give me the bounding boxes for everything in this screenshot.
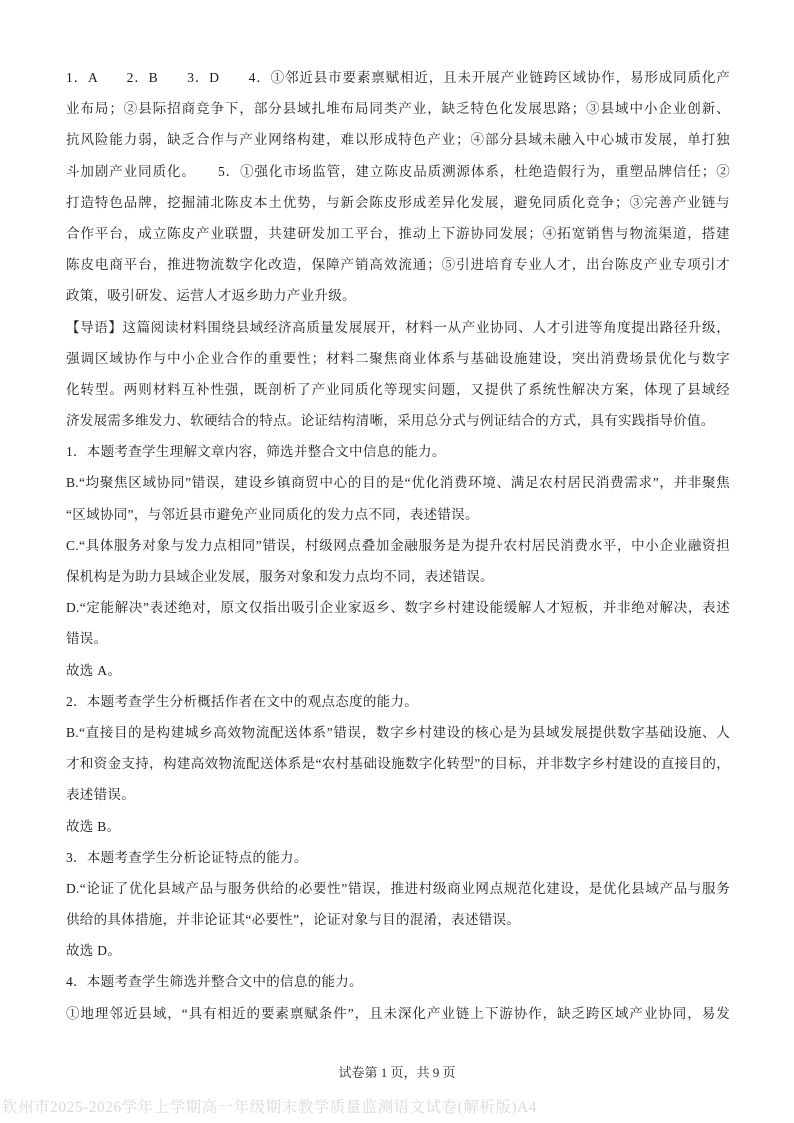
text-line: D.“论证了优化县域产品与服务供给的必要性”错误，推进村级商业网点规范化建设，是… [66, 873, 730, 904]
text-line: B.“直接目的是构建城乡高效物流配送体系”错误，数字乡村建设的核心是为县域发展提… [66, 717, 730, 748]
text-line: 表述错误。 [66, 779, 730, 810]
text-line: 合作平台，成立陈皮产业联盟，共建研发加工平台，推动上下游协同发展；④拓宽销售与物… [66, 218, 730, 249]
text-line: “区域协同”，与邻近县市避免产业同质化的发力点不同，表述错误。 [66, 499, 730, 530]
watermark-text: 钦州市2025-2026学年上学期高一年级期末教学质量监测语文试卷(解析版)A4 [2, 1095, 537, 1117]
text-line: 才和资金支持，构建高效物流配送体系是“农村基础设施数字化转型”的目标，并非数字乡… [66, 748, 730, 779]
text-line: ①地理邻近县域，“具有相近的要素禀赋条件”，且未深化产业链上下游协作，缺乏跨区域… [66, 998, 730, 1029]
text-line: 陈皮电商平台，推进物流数字化改造，保障产销高效流通；⑤引进培育专业人才，出台陈皮… [66, 249, 730, 280]
page: 1．A 2．B 3．D 4．①邻近县市要素禀赋相近，且未开展产业链跨区域协作，易… [0, 0, 794, 1123]
text-line: 故选 A。 [66, 655, 730, 686]
answer-explanation-text: 1．A 2．B 3．D 4．①邻近县市要素禀赋相近，且未开展产业链跨区域协作，易… [66, 62, 730, 1029]
text-line: 4．本题考查学生筛选并整合文中的信息的能力。 [66, 966, 730, 997]
text-line: 强调区域协作与中小企业合作的重要性；材料二聚焦商业体系与基础设施建设，突出消费场… [66, 343, 730, 374]
text-line: C.“具体服务对象与发力点相同”错误，村级网点叠加金融服务是为提升农村居民消费水… [66, 530, 730, 561]
page-footer: 试卷第 1 页，共 9 页 [0, 1062, 794, 1081]
text-line: 打造特色品牌，挖掘浦北陈皮本土优势，与新会陈皮形成差异化发展，避免同质化竞争；③… [66, 187, 730, 218]
text-line: D.“定能解决”表述绝对，原文仅指出吸引企业家返乡、数字乡村建设能缓解人才短板，… [66, 592, 730, 623]
text-line: 供给的具体措施，并非论证其“必要性”，论证对象与目的混淆，表述错误。 [66, 904, 730, 935]
text-line: 1．本题考查学生理解文章内容，筛选并整合文中信息的能力。 [66, 436, 730, 467]
text-line: 2．本题考查学生分析概括作者在文中的观点态度的能力。 [66, 686, 730, 717]
text-line: 1．A 2．B 3．D 4．①邻近县市要素禀赋相近，且未开展产业链跨区域协作，易… [66, 62, 730, 93]
text-line: 【导语】这篇阅读材料围绕县域经济高质量发展展开，材料一从产业协同、人才引进等角度… [66, 312, 730, 343]
text-line: 政策，吸引研发、运营人才返乡助力产业升级。 [66, 280, 730, 311]
page-number-text: 试卷第 1 页，共 9 页 [338, 1065, 455, 1080]
text-line: 业布局；②县际招商竞争下，部分县域扎堆布局同类产业，缺乏特色化发展思路；③县域中… [66, 93, 730, 124]
text-line: 故选 B。 [66, 811, 730, 842]
text-line: 抗风险能力弱，缺乏合作与产业网络构建，难以形成特色产业；④部分县域未融入中心城市… [66, 124, 730, 155]
text-line: 斗加剧产业同质化。 5．①强化市场监管，建立陈皮品质溯源体系，杜绝造假行为，重塑… [66, 156, 730, 187]
text-line: 化转型。两则材料互补性强，既剖析了产业同质化等现实问题，又提供了系统性解决方案，… [66, 374, 730, 405]
text-line: 故选 D。 [66, 935, 730, 966]
text-line: 保机构是为助力县域企业发展，服务对象和发力点均不同，表述错误。 [66, 561, 730, 592]
text-line: B.“均聚焦区域协同”错误，建设乡镇商贸中心的目的是“优化消费环境、满足农村居民… [66, 467, 730, 498]
text-line: 济发展需多维发力、软硬结合的特点。论证结构清晰，采用总分式与例证结合的方式，具有… [66, 405, 730, 436]
text-line: 3．本题考查学生分析论证特点的能力。 [66, 842, 730, 873]
text-line: 错误。 [66, 623, 730, 654]
